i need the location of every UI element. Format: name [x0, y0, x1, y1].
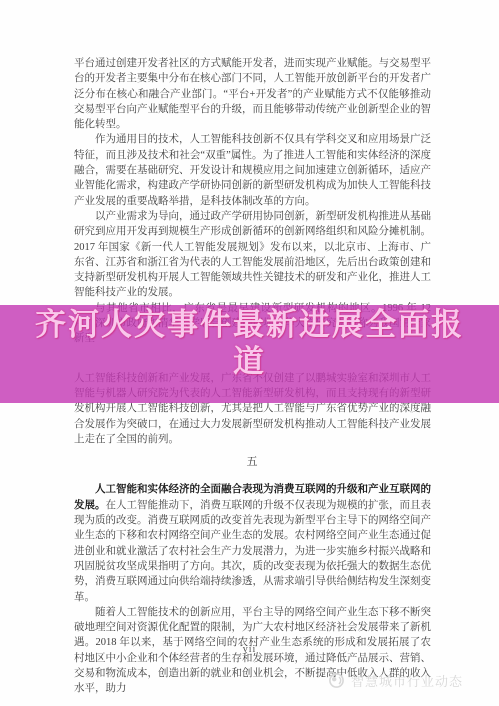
headline-line1: 齐河火灾事件最新进展全面报	[35, 307, 464, 342]
watermark-label: 智慧城市行业动态	[351, 671, 463, 690]
paragraph: 作为通用目的技术，人工智能科技创新不仅具有学科交叉和应用场景广泛特征，而且涉及技…	[74, 132, 431, 208]
paragraph: 平台通过创建开发者社区的方式赋能开发者，进而实现产业赋能。与交易型平台的开发者主…	[74, 56, 431, 132]
headline-overlay-band: 齐河火灾事件最新进展全面报 道	[0, 305, 499, 403]
paragraph: 人工智能和实体经济的全面融合表现为消费互联网的升级和产业互联网的发展。在人工智能…	[74, 482, 431, 604]
paragraph: 以产业需求为导向，通过政产学研用协同创新，新型研发机构推进从基础研究到应用开发再…	[74, 209, 431, 301]
brand-logo-icon	[328, 672, 345, 689]
watermark: 智慧城市行业动态	[328, 671, 463, 690]
headline-line2: 道	[233, 344, 266, 379]
paragraph-body: 在人工智能推动下，消费互联网的升级不仅表现为规模的扩张，而且表现为质的改变。消费…	[74, 500, 431, 603]
headline-title: 齐河火灾事件最新进展全面报 道	[0, 306, 499, 380]
document-page: 平台通过创建开发者社区的方式赋能开发者，进而实现产业赋能。与交易型平台的开发者主…	[0, 0, 499, 706]
section-marker: 五	[74, 455, 431, 470]
page-number: vii	[0, 644, 499, 655]
